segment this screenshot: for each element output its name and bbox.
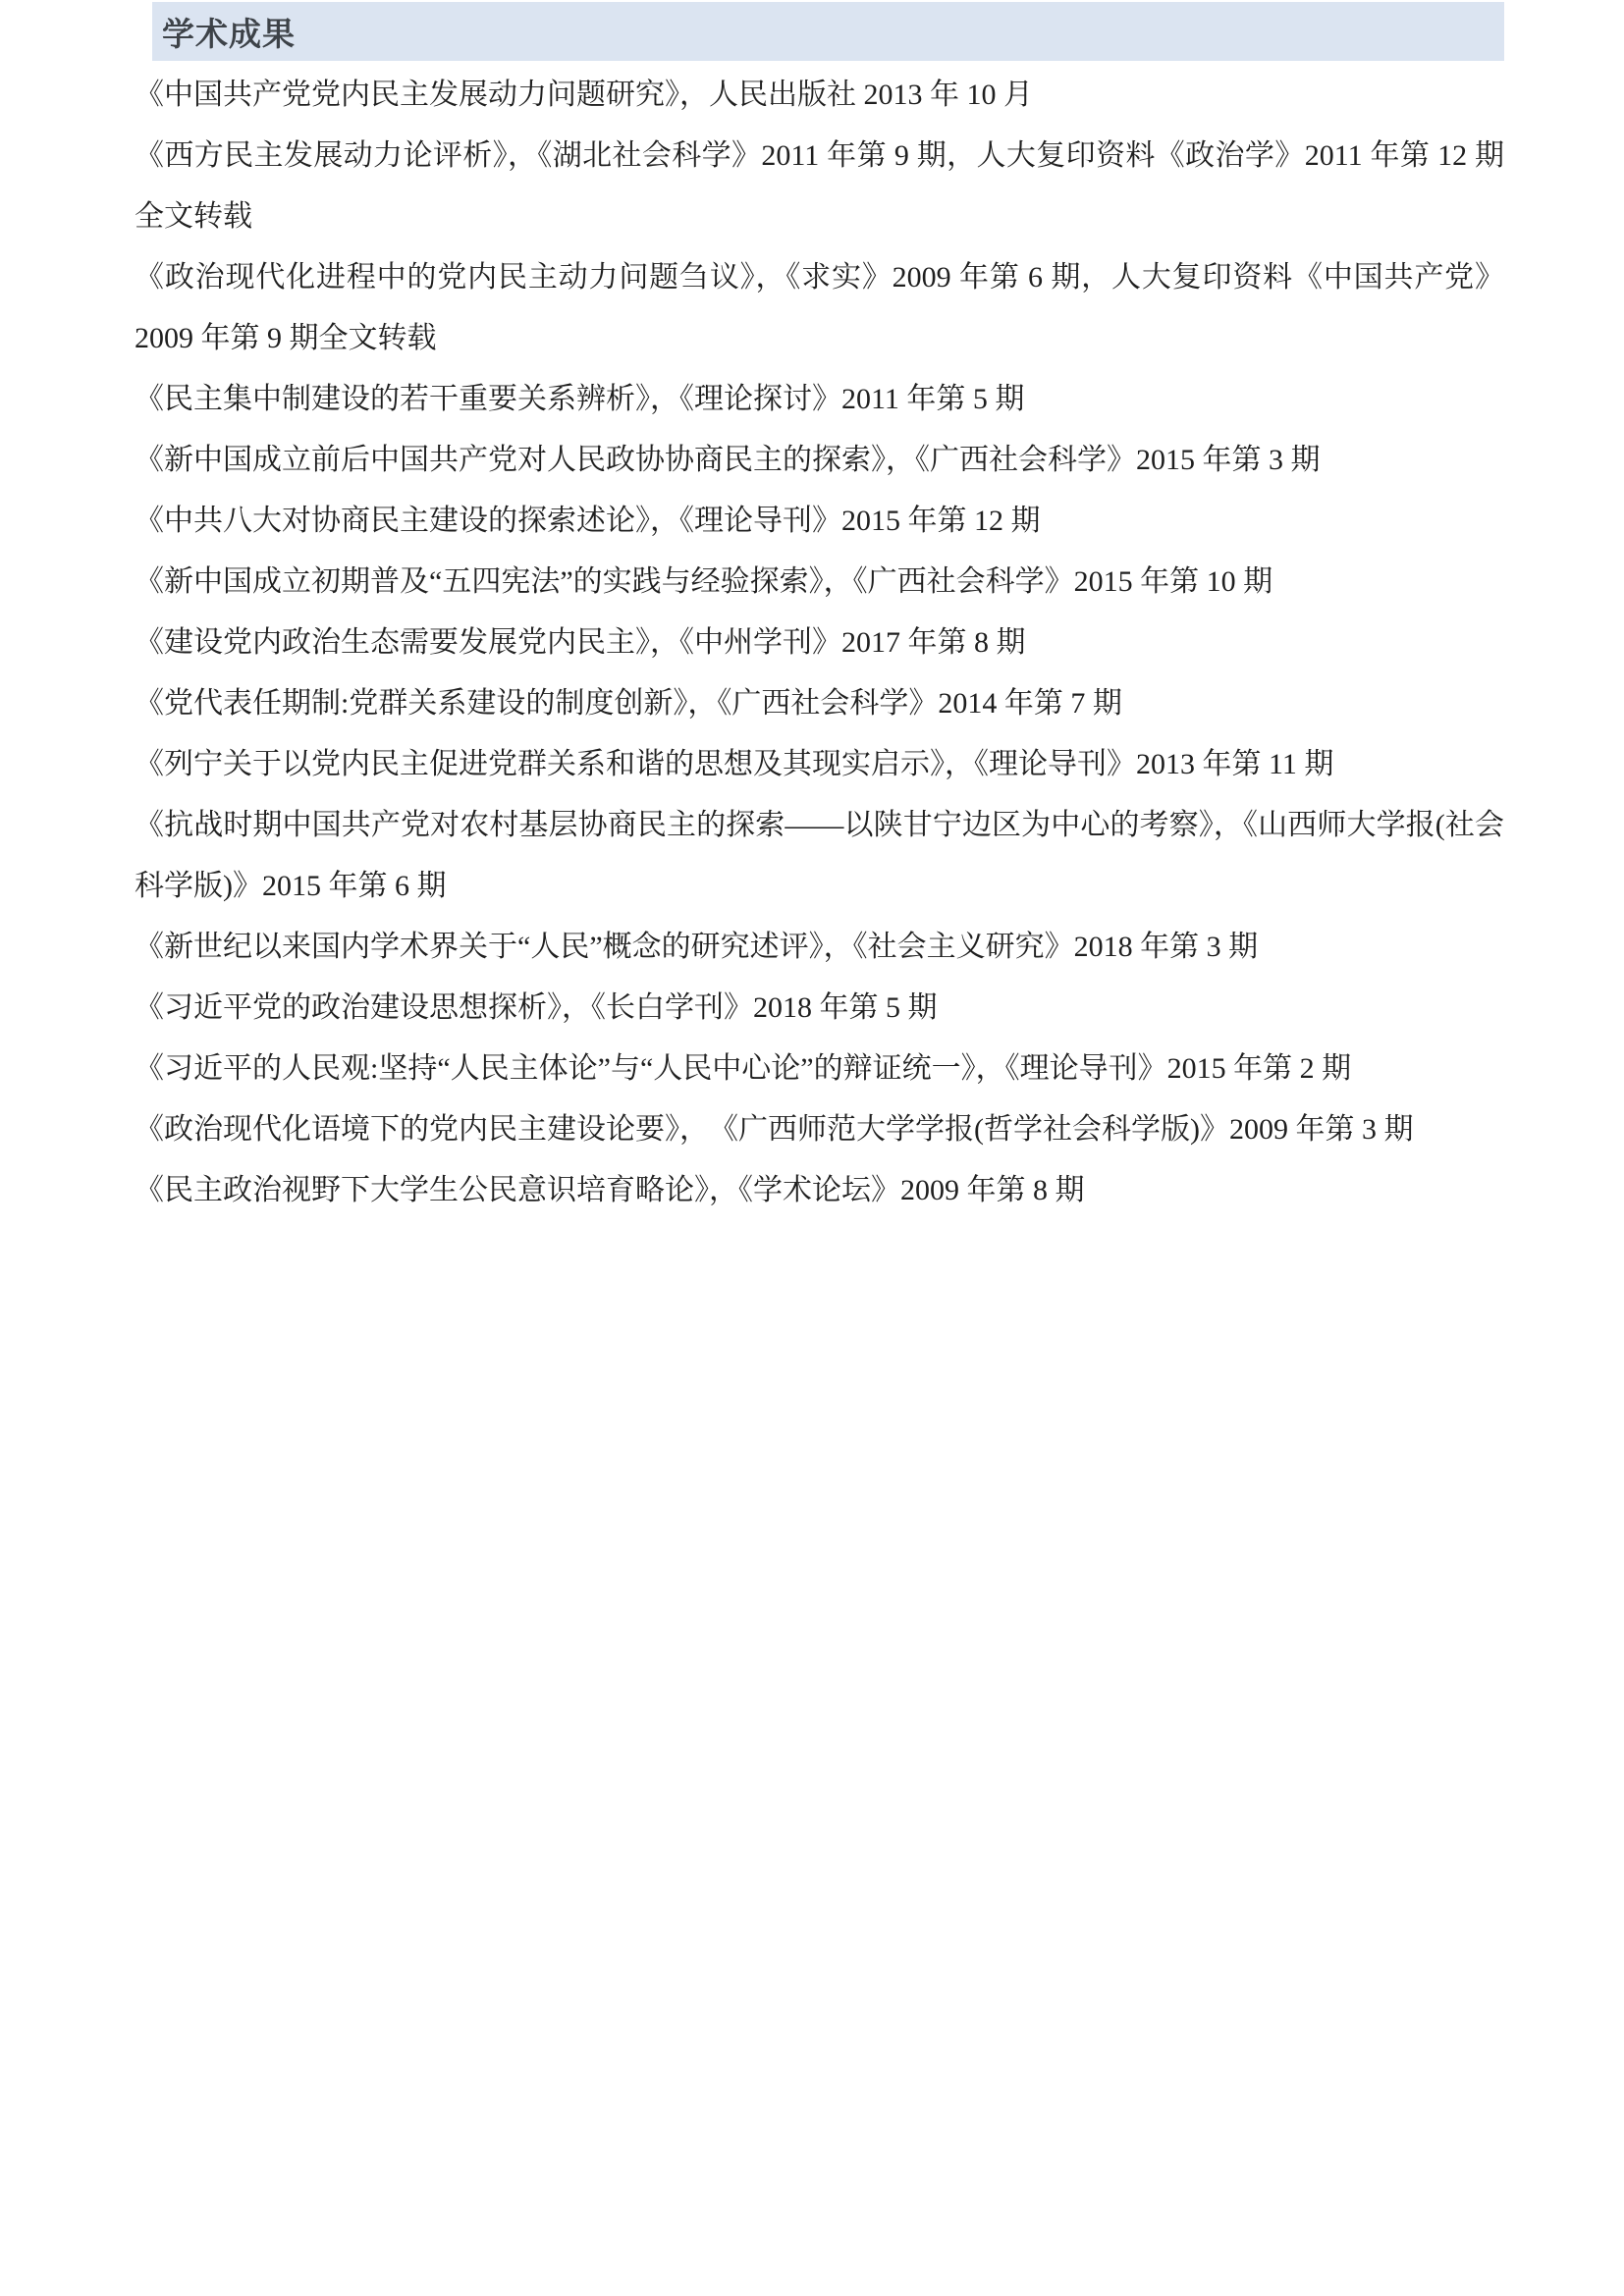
publication-item: 《西方民主发展动力论评析》，《湖北社会科学》2011 年第 9 期，人大复印资料…	[135, 126, 1504, 247]
document-page: 学术成果 《中国共产党党内民主发展动力问题研究》，人民出版社 2013 年 10…	[0, 0, 1624, 2296]
publication-item: 《列宁关于以党内民主促进党群关系和谐的思想及其现实启示》，《理论导刊》2013 …	[135, 734, 1504, 795]
section-header-bar: 学术成果	[152, 2, 1504, 61]
publication-item: 《新中国成立初期普及“五四宪法”的实践与经验探索》，《广西社会科学》2015 年…	[135, 552, 1504, 613]
publication-item: 《建设党内政治生态需要发展党内民主》，《中州学刊》2017 年第 8 期	[135, 613, 1504, 673]
publication-item: 《抗战时期中国共产党对农村基层协商民主的探索——以陕甘宁边区为中心的考察》，《山…	[135, 795, 1504, 917]
publication-item: 《党代表任期制:党群关系建设的制度创新》，《广西社会科学》2014 年第 7 期	[135, 673, 1504, 734]
publication-item: 《民主政治视野下大学生公民意识培育略论》，《学术论坛》2009 年第 8 期	[135, 1160, 1504, 1221]
publication-item: 《中国共产党党内民主发展动力问题研究》，人民出版社 2013 年 10 月	[135, 65, 1504, 126]
publication-item: 《中共八大对协商民主建设的探索述论》，《理论导刊》2015 年第 12 期	[135, 491, 1504, 552]
publication-item: 《习近平党的政治建设思想探析》，《长白学刊》2018 年第 5 期	[135, 978, 1504, 1039]
publication-item: 《习近平的人民观:坚持“人民主体论”与“人民中心论”的辩证统一》，《理论导刊》2…	[135, 1039, 1504, 1099]
publication-item: 《政治现代化语境下的党内民主建设论要》， 《广西师范大学学报(哲学社会科学版)》…	[135, 1099, 1504, 1160]
publication-item: 《民主集中制建设的若干重要关系辨析》，《理论探讨》2011 年第 5 期	[135, 369, 1504, 430]
publication-item: 《新世纪以来国内学术界关于“人民”概念的研究述评》，《社会主义研究》2018 年…	[135, 917, 1504, 978]
section-title: 学术成果	[152, 9, 296, 55]
publication-list: 《中国共产党党内民主发展动力问题研究》，人民出版社 2013 年 10 月《西方…	[135, 65, 1504, 1221]
publication-item: 《政治现代化进程中的党内民主动力问题刍议》，《求实》2009 年第 6 期，人大…	[135, 247, 1504, 369]
publication-item: 《新中国成立前后中国共产党对人民政协协商民主的探索》，《广西社会科学》2015 …	[135, 430, 1504, 491]
